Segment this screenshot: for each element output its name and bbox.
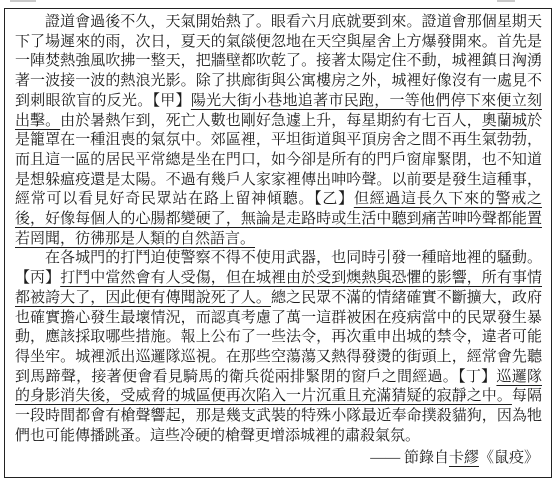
attribution-prefix: —— 節錄自	[370, 450, 449, 466]
paragraph-1: 證道會過後不久，天氣開始熱了。眼看六月底就要到來。證道會那個星期天下了場遲來的雨…	[15, 13, 542, 249]
cropped-text-artifact	[497, 0, 515, 2]
book-title: 《鼠疫》	[479, 450, 539, 466]
proper-noun-oran-city: 奧蘭城	[482, 113, 527, 129]
position-marker-ding: 【丁】	[458, 369, 496, 385]
passage-content: 證道會過後不久，天氣開始熱了。眼看六月底就要到來。證道會那個星期天下了場遲來的雨…	[5, 9, 551, 469]
body-text: 在各城門的打鬥迫使警察不得不使用武器，也同時引發一種暗地裡的騷動。	[45, 250, 542, 266]
paragraph-2: 在各城門的打鬥迫使警察不得不使用武器，也同時引發一種暗地裡的騷動。【丙】打鬥中當…	[15, 249, 542, 446]
position-marker-jia: 【甲】	[153, 93, 191, 109]
body-text: 由於暑熱乍到，死亡人數也剛好急遽上升，每星期約有七百人，	[60, 113, 482, 129]
position-marker-yi: 【乙】	[314, 191, 354, 207]
author-name: 卡繆	[449, 450, 479, 466]
passage-border-box: 證道會過後不久，天氣開始熱了。眼看六月底就要到來。證道會那個星期天下了場遲來的雨…	[4, 8, 552, 478]
cropped-text-artifact	[10, 0, 36, 2]
position-marker-bing: 【丙】	[15, 270, 60, 286]
attribution-line: —— 節錄自卡繆《鼠疫》	[15, 449, 542, 469]
